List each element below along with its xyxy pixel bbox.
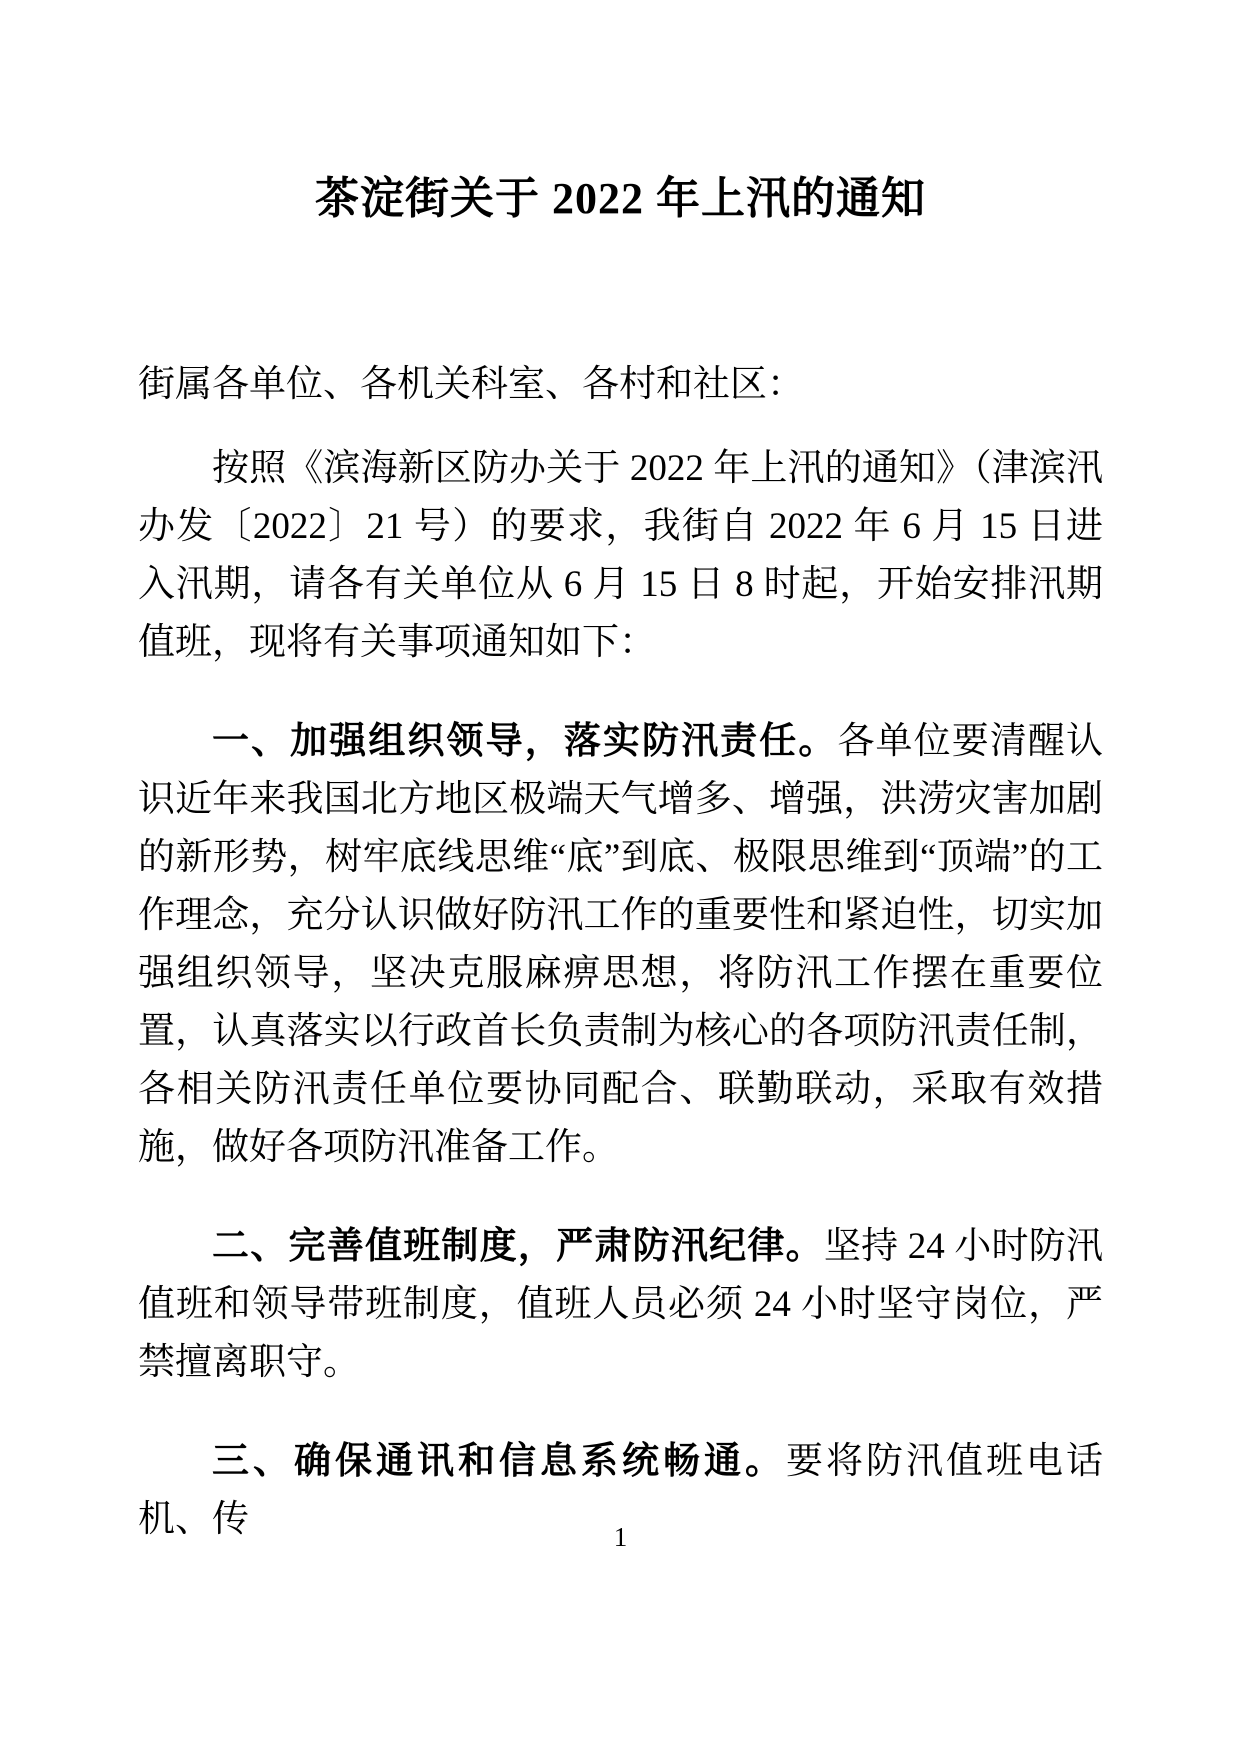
section-3-heading: 三、确保通讯和信息系统畅通。 [212,1440,786,1481]
paragraph-intro: 按照《滨海新区防办关于 2022 年上汛的通知》（津滨汛办发〔2022〕21 号… [138,440,1103,672]
paragraph-section-1: 一、加强组织领导，落实防汛责任。各单位要清醒认识近年来我国北方地区极端天气增多、… [138,712,1103,1177]
paragraph-section-2: 二、完善值班制度，严肃防汛纪律。坚持 24 小时防汛值班和领导带班制度，值班人员… [138,1217,1103,1392]
salutation: 街属各单位、各机关科室、各村和社区： [138,356,1103,414]
section-2-heading: 二、完善值班制度，严肃防汛纪律。 [212,1225,824,1266]
page-title: 茶淀街关于 2022 年上汛的通知 [138,168,1103,230]
section-1-heading: 一、加强组织领导，落实防汛责任。 [212,720,837,761]
document-page: 茶淀街关于 2022 年上汛的通知 街属各单位、各机关科室、各村和社区： 按照《… [0,0,1241,1754]
section-1-text: 各单位要清醒认识近年来我国北方地区极端天气增多、增强，洪涝灾害加剧的新形势，树牢… [138,721,1103,1168]
paragraph-intro-text: 按照《滨海新区防办关于 2022 年上汛的通知》（津滨汛办发〔2022〕21 号… [138,448,1103,663]
page-number: 1 [0,1520,1241,1554]
